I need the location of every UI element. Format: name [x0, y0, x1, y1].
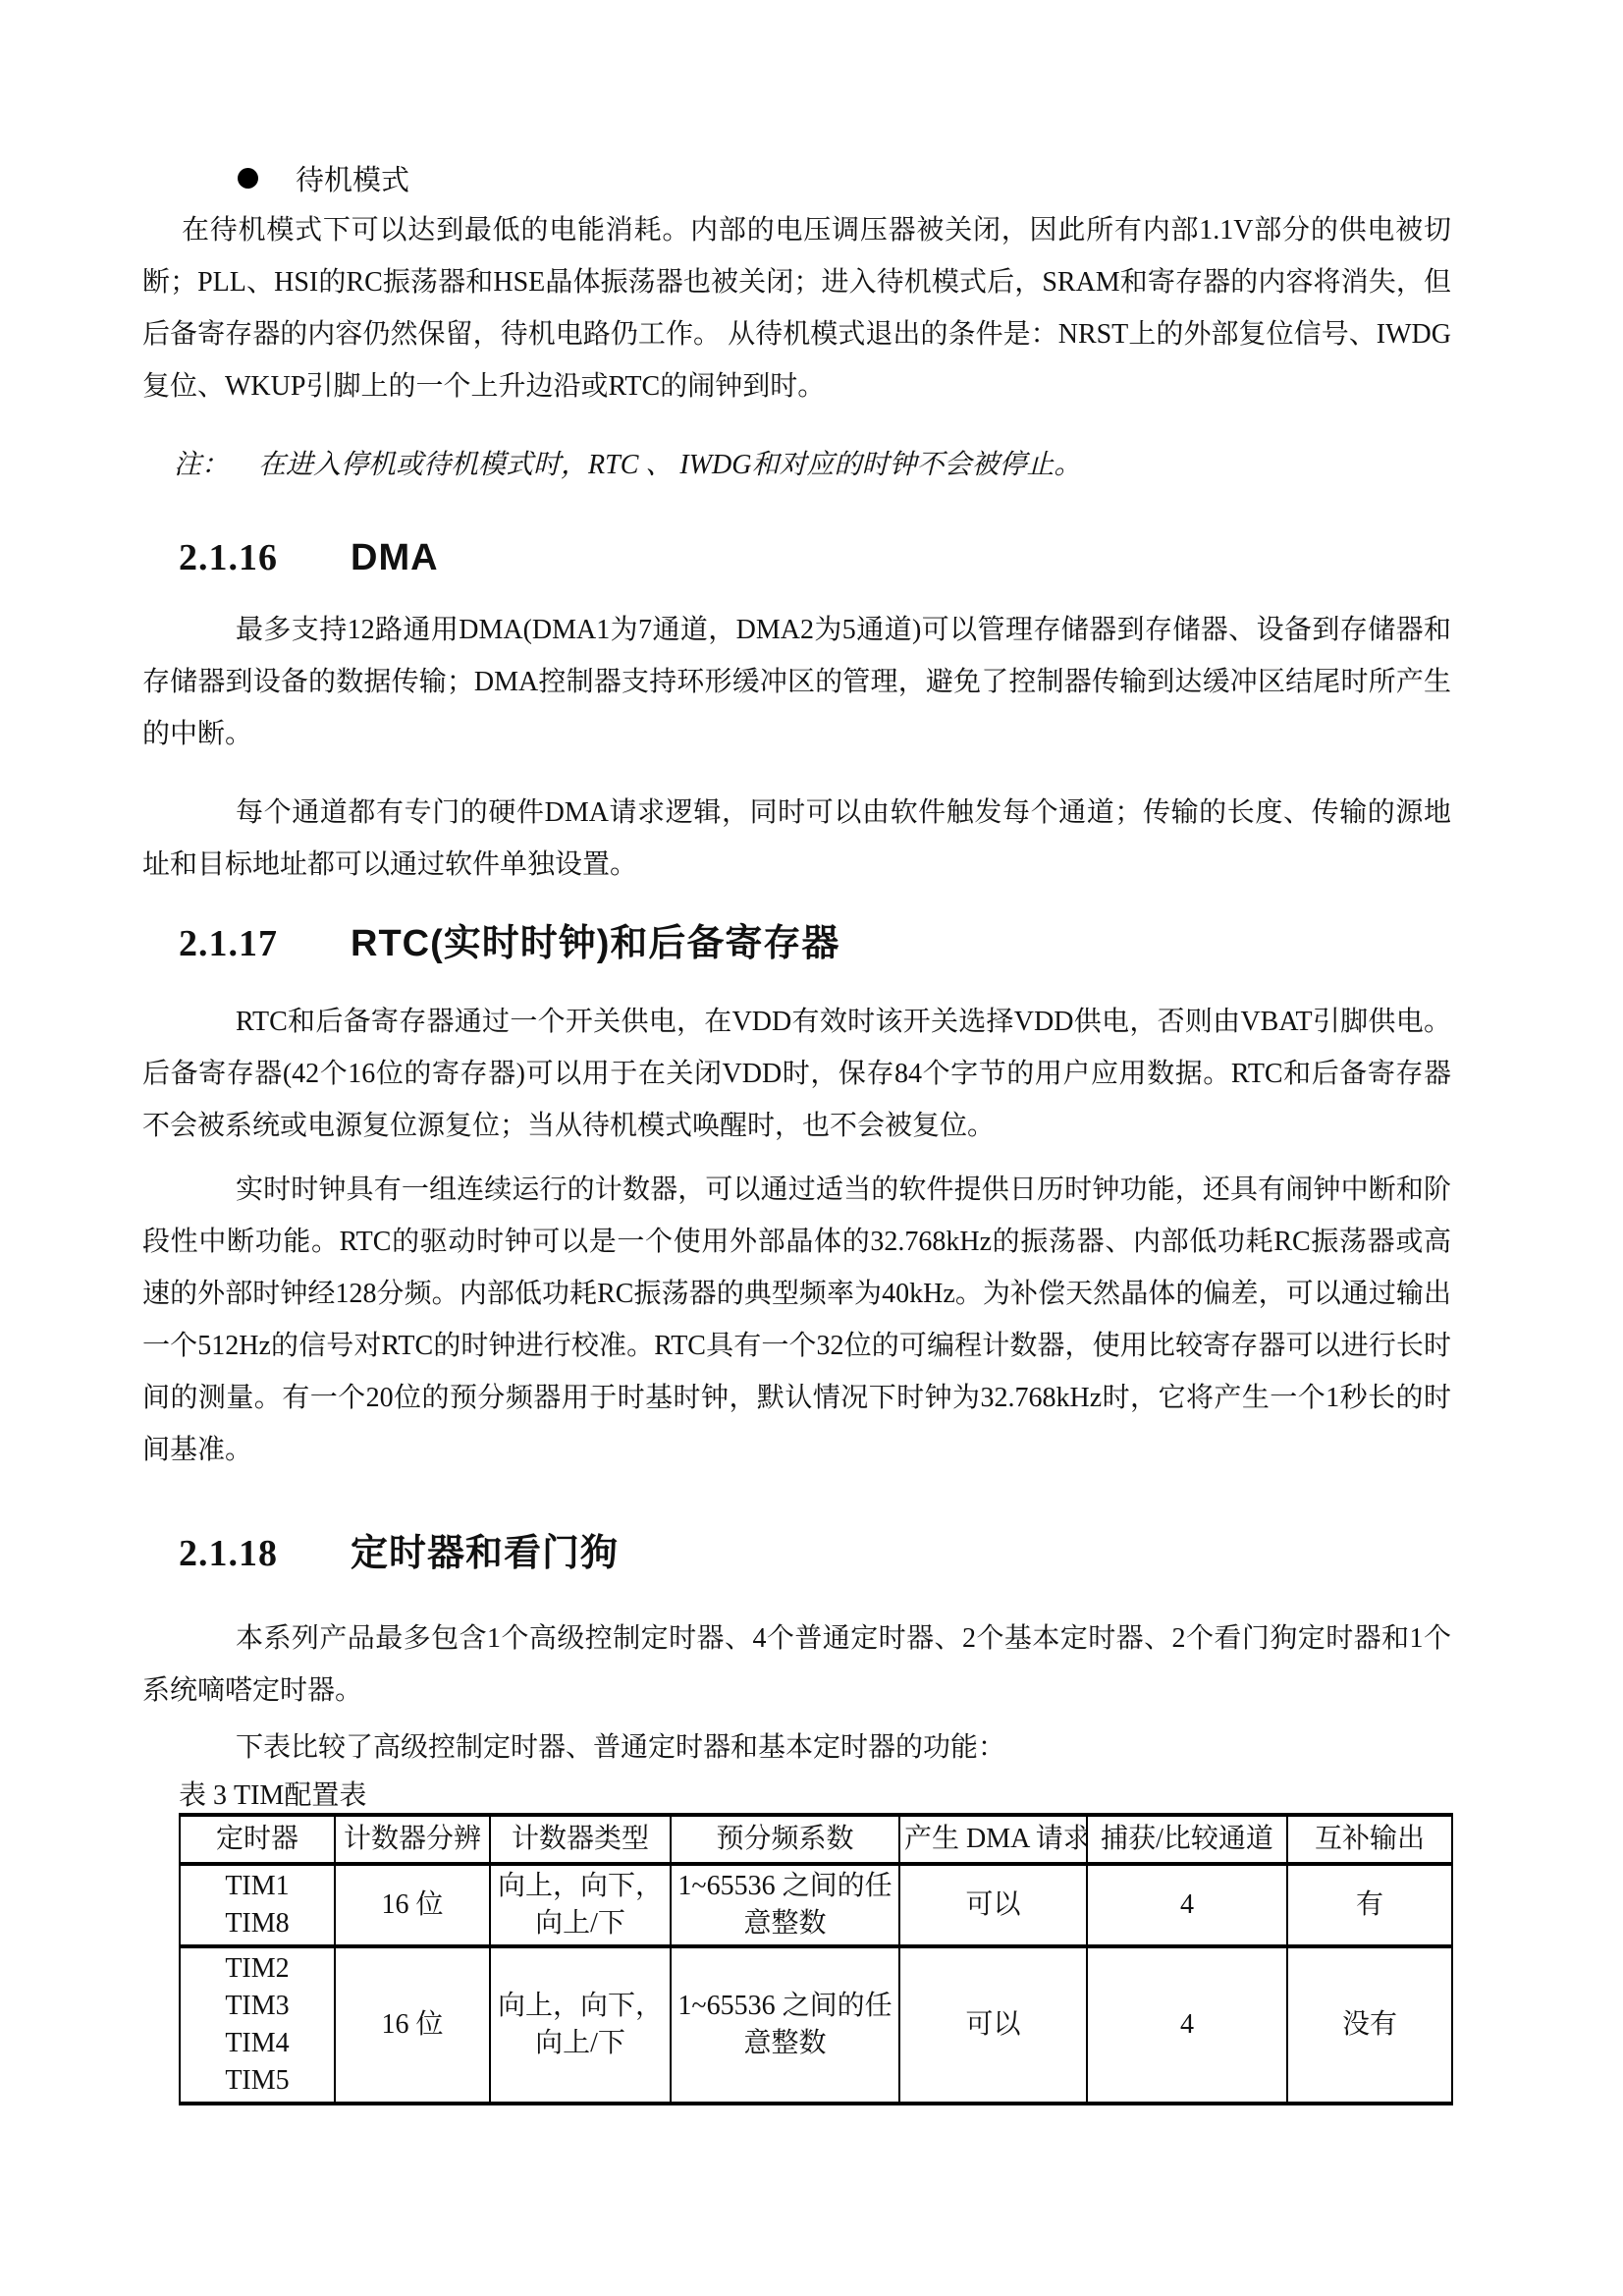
- section-heading-2-1-16: 2.1.16 DMA: [179, 528, 1451, 587]
- col-header-prescaler: 预分频系数: [671, 1815, 899, 1864]
- note-line: 注：在进入停机或待机模式时，RTC 、 IWDG和对应的时钟不会被停止。: [142, 439, 1451, 491]
- cell-timers: TIM1 TIM8: [180, 1864, 335, 1946]
- cell-complementary: 有: [1287, 1864, 1452, 1946]
- bullet-icon: [238, 168, 258, 189]
- note-text: 在进入停机或待机模式时，RTC 、 IWDG和对应的时钟不会被停止。: [258, 450, 1081, 480]
- paragraph-rtc-1: RTC和后备寄存器通过一个开关供电，在VDD有效时该开关选择VDD供电，否则由V…: [142, 996, 1451, 1152]
- table-caption: 表 3 TIM配置表: [179, 1779, 1451, 1813]
- cell-capture-compare: 4: [1087, 1946, 1287, 2104]
- cell-prescaler: 1~65536 之间的任 意整数: [671, 1946, 899, 2104]
- section-heading-2-1-18: 2.1.18 定时器和看门狗: [179, 1524, 1451, 1583]
- table-row-tim2-tim5: TIM2 TIM3 TIM4 TIM5 16 位 向上，向下， 向上/下 1~6…: [180, 1946, 1452, 2104]
- cell-resolution: 16 位: [335, 1946, 490, 2104]
- col-header-counter-resolution: 计数器分辨: [335, 1815, 490, 1864]
- cell-complementary: 没有: [1287, 1946, 1452, 2104]
- cell-prescaler: 1~65536 之间的任 意整数: [671, 1864, 899, 1946]
- cell-counter-type: 向上，向下， 向上/下: [490, 1864, 671, 1946]
- section-heading-2-1-17: 2.1.17 RTC(实时时钟)和后备寄存器: [179, 914, 1451, 973]
- tim-config-table: 定时器 计数器分辨 计数器类型 预分频系数 产生 DMA 请求 捕获/比较通道 …: [179, 1813, 1453, 2105]
- section-title: 定时器和看门狗: [351, 1524, 619, 1583]
- section-number: 2.1.17: [179, 914, 351, 973]
- section-title: DMA: [351, 528, 439, 587]
- list-item-standby-mode: 待机模式: [238, 152, 1451, 204]
- col-header-timer: 定时器: [180, 1815, 335, 1864]
- paragraph-standby-mode: 在待机模式下可以达到最低的电能消耗。内部的电压调压器被关闭，因此所有内部1.1V…: [142, 204, 1451, 412]
- cell-resolution: 16 位: [335, 1864, 490, 1946]
- cell-capture-compare: 4: [1087, 1864, 1287, 1946]
- cell-dma-request: 可以: [899, 1864, 1087, 1946]
- note-label: 注：: [174, 450, 229, 480]
- paragraph-dma-1: 最多支持12路通用DMA(DMA1为7通道，DMA2为5通道)可以管理存储器到存…: [142, 604, 1451, 760]
- table-header-row: 定时器 计数器分辨 计数器类型 预分频系数 产生 DMA 请求 捕获/比较通道 …: [180, 1815, 1452, 1864]
- col-header-complementary-output: 互补输出: [1287, 1815, 1452, 1864]
- section-title: RTC(实时时钟)和后备寄存器: [351, 914, 839, 973]
- paragraph-timers-1: 本系列产品最多包含1个高级控制定时器、4个普通定时器、2个基本定时器、2个看门狗…: [142, 1613, 1451, 1717]
- table-row-tim1-tim8: TIM1 TIM8 16 位 向上，向下， 向上/下 1~65536 之间的任 …: [180, 1864, 1452, 1946]
- cell-counter-type: 向上，向下， 向上/下: [490, 1946, 671, 2104]
- document-page: 待机模式 在待机模式下可以达到最低的电能消耗。内部的电压调压器被关闭，因此所有内…: [0, 0, 1623, 2296]
- col-header-capture-compare: 捕获/比较通道: [1087, 1815, 1287, 1864]
- section-number: 2.1.16: [179, 528, 351, 587]
- cell-dma-request: 可以: [899, 1946, 1087, 2104]
- bullet-item-label: 待机模式: [296, 158, 409, 198]
- cell-timers: TIM2 TIM3 TIM4 TIM5: [180, 1946, 335, 2104]
- section-number: 2.1.18: [179, 1524, 351, 1583]
- col-header-dma-request: 产生 DMA 请求: [899, 1815, 1087, 1864]
- paragraph-dma-2: 每个通道都有专门的硬件DMA请求逻辑，同时可以由软件触发每个通道；传输的长度、传…: [142, 787, 1451, 891]
- col-header-counter-type: 计数器类型: [490, 1815, 671, 1864]
- paragraph-rtc-2: 实时时钟具有一组连续运行的计数器，可以通过适当的软件提供日历时钟功能，还具有闹钟…: [142, 1164, 1451, 1476]
- paragraph-timers-2: 下表比较了高级控制定时器、普通定时器和基本定时器的功能：: [142, 1722, 1451, 1774]
